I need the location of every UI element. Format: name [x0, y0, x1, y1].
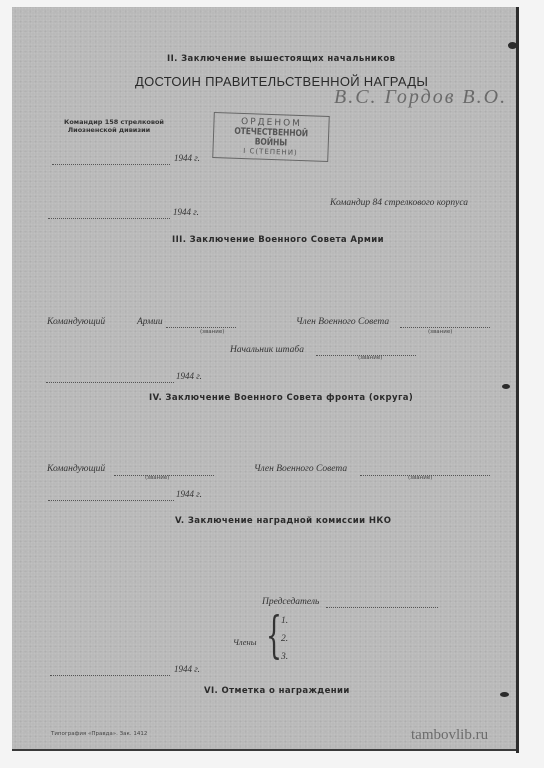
rank-caption: (звание) — [358, 355, 382, 361]
signature-line — [46, 381, 174, 383]
binding-hole-mark — [500, 692, 509, 697]
members-brace: { — [266, 606, 282, 664]
council-member-label: Член Военного Совета — [254, 464, 347, 474]
stamp-line-2: ОТЕЧЕСТВЕННОЙ ВОЙНЫ — [222, 126, 320, 149]
front-commander-label: Командующий — [47, 464, 105, 474]
army-label: Армии — [137, 317, 163, 327]
date-field: 1944 г. — [174, 153, 200, 163]
division-commander-label: Командир 158 стрелковой Лиозненской диви… — [64, 118, 154, 134]
corps-commander-label: Командир 84 стрелкового корпуса — [330, 198, 468, 208]
date-field: 1944 г. — [174, 664, 200, 674]
council-member-label: Член Военного Совета — [296, 317, 389, 327]
date-field: 1944 г. — [176, 371, 202, 381]
site-watermark: tambovlib.ru — [411, 727, 488, 744]
member-2: 2. — [281, 634, 288, 644]
army-commander-label: Командующий — [47, 317, 105, 327]
commander-line-1: Командир 158 стрелковой — [64, 118, 154, 126]
rank-caption: (звание) — [408, 475, 432, 481]
section-4-heading: IV. Заключение Военного Совета фронта (о… — [149, 393, 413, 403]
section-3-heading: III. Заключение Военного Совета Армии — [172, 235, 384, 245]
printer-imprint: Типография «Правда». Зак. 1412 — [51, 731, 147, 737]
signature-line — [326, 606, 438, 608]
member-1: 1. — [281, 616, 288, 626]
section-2-heading: II. Заключение вышестоящих начальников — [167, 54, 395, 64]
signature-line — [48, 499, 174, 501]
signature-line — [166, 326, 236, 328]
signature-line — [52, 163, 170, 165]
member-3: 3. — [281, 652, 288, 662]
page-edge-shadow — [516, 7, 519, 753]
signature-line — [50, 674, 170, 676]
section-5-heading: V. Заключение наградной комиссии НКО — [175, 516, 391, 526]
rank-caption: (звание) — [428, 329, 452, 335]
section-6-heading: VI. Отметка о награждении — [204, 686, 350, 696]
binding-hole-mark — [508, 42, 517, 49]
date-field: 1944 г. — [176, 489, 202, 499]
date-field: 1944 г. — [173, 207, 199, 217]
chief-of-staff-label: Начальник штаба — [230, 345, 304, 355]
binding-hole-mark — [502, 384, 510, 389]
rank-caption: (звание) — [145, 475, 169, 481]
handwritten-note: В.С. Гордов В.О. — [334, 86, 507, 109]
rank-caption: (звание) — [200, 329, 224, 335]
signature-line — [400, 326, 490, 328]
signature-line — [48, 217, 170, 219]
award-stamp: ОРДЕНОМ ОТЕЧЕСТВЕННОЙ ВОЙНЫ I С(ТЕПЕНИ) — [212, 112, 330, 162]
commander-line-2: Лиозненской дивизии — [64, 126, 154, 134]
members-label: Члены — [233, 637, 257, 647]
